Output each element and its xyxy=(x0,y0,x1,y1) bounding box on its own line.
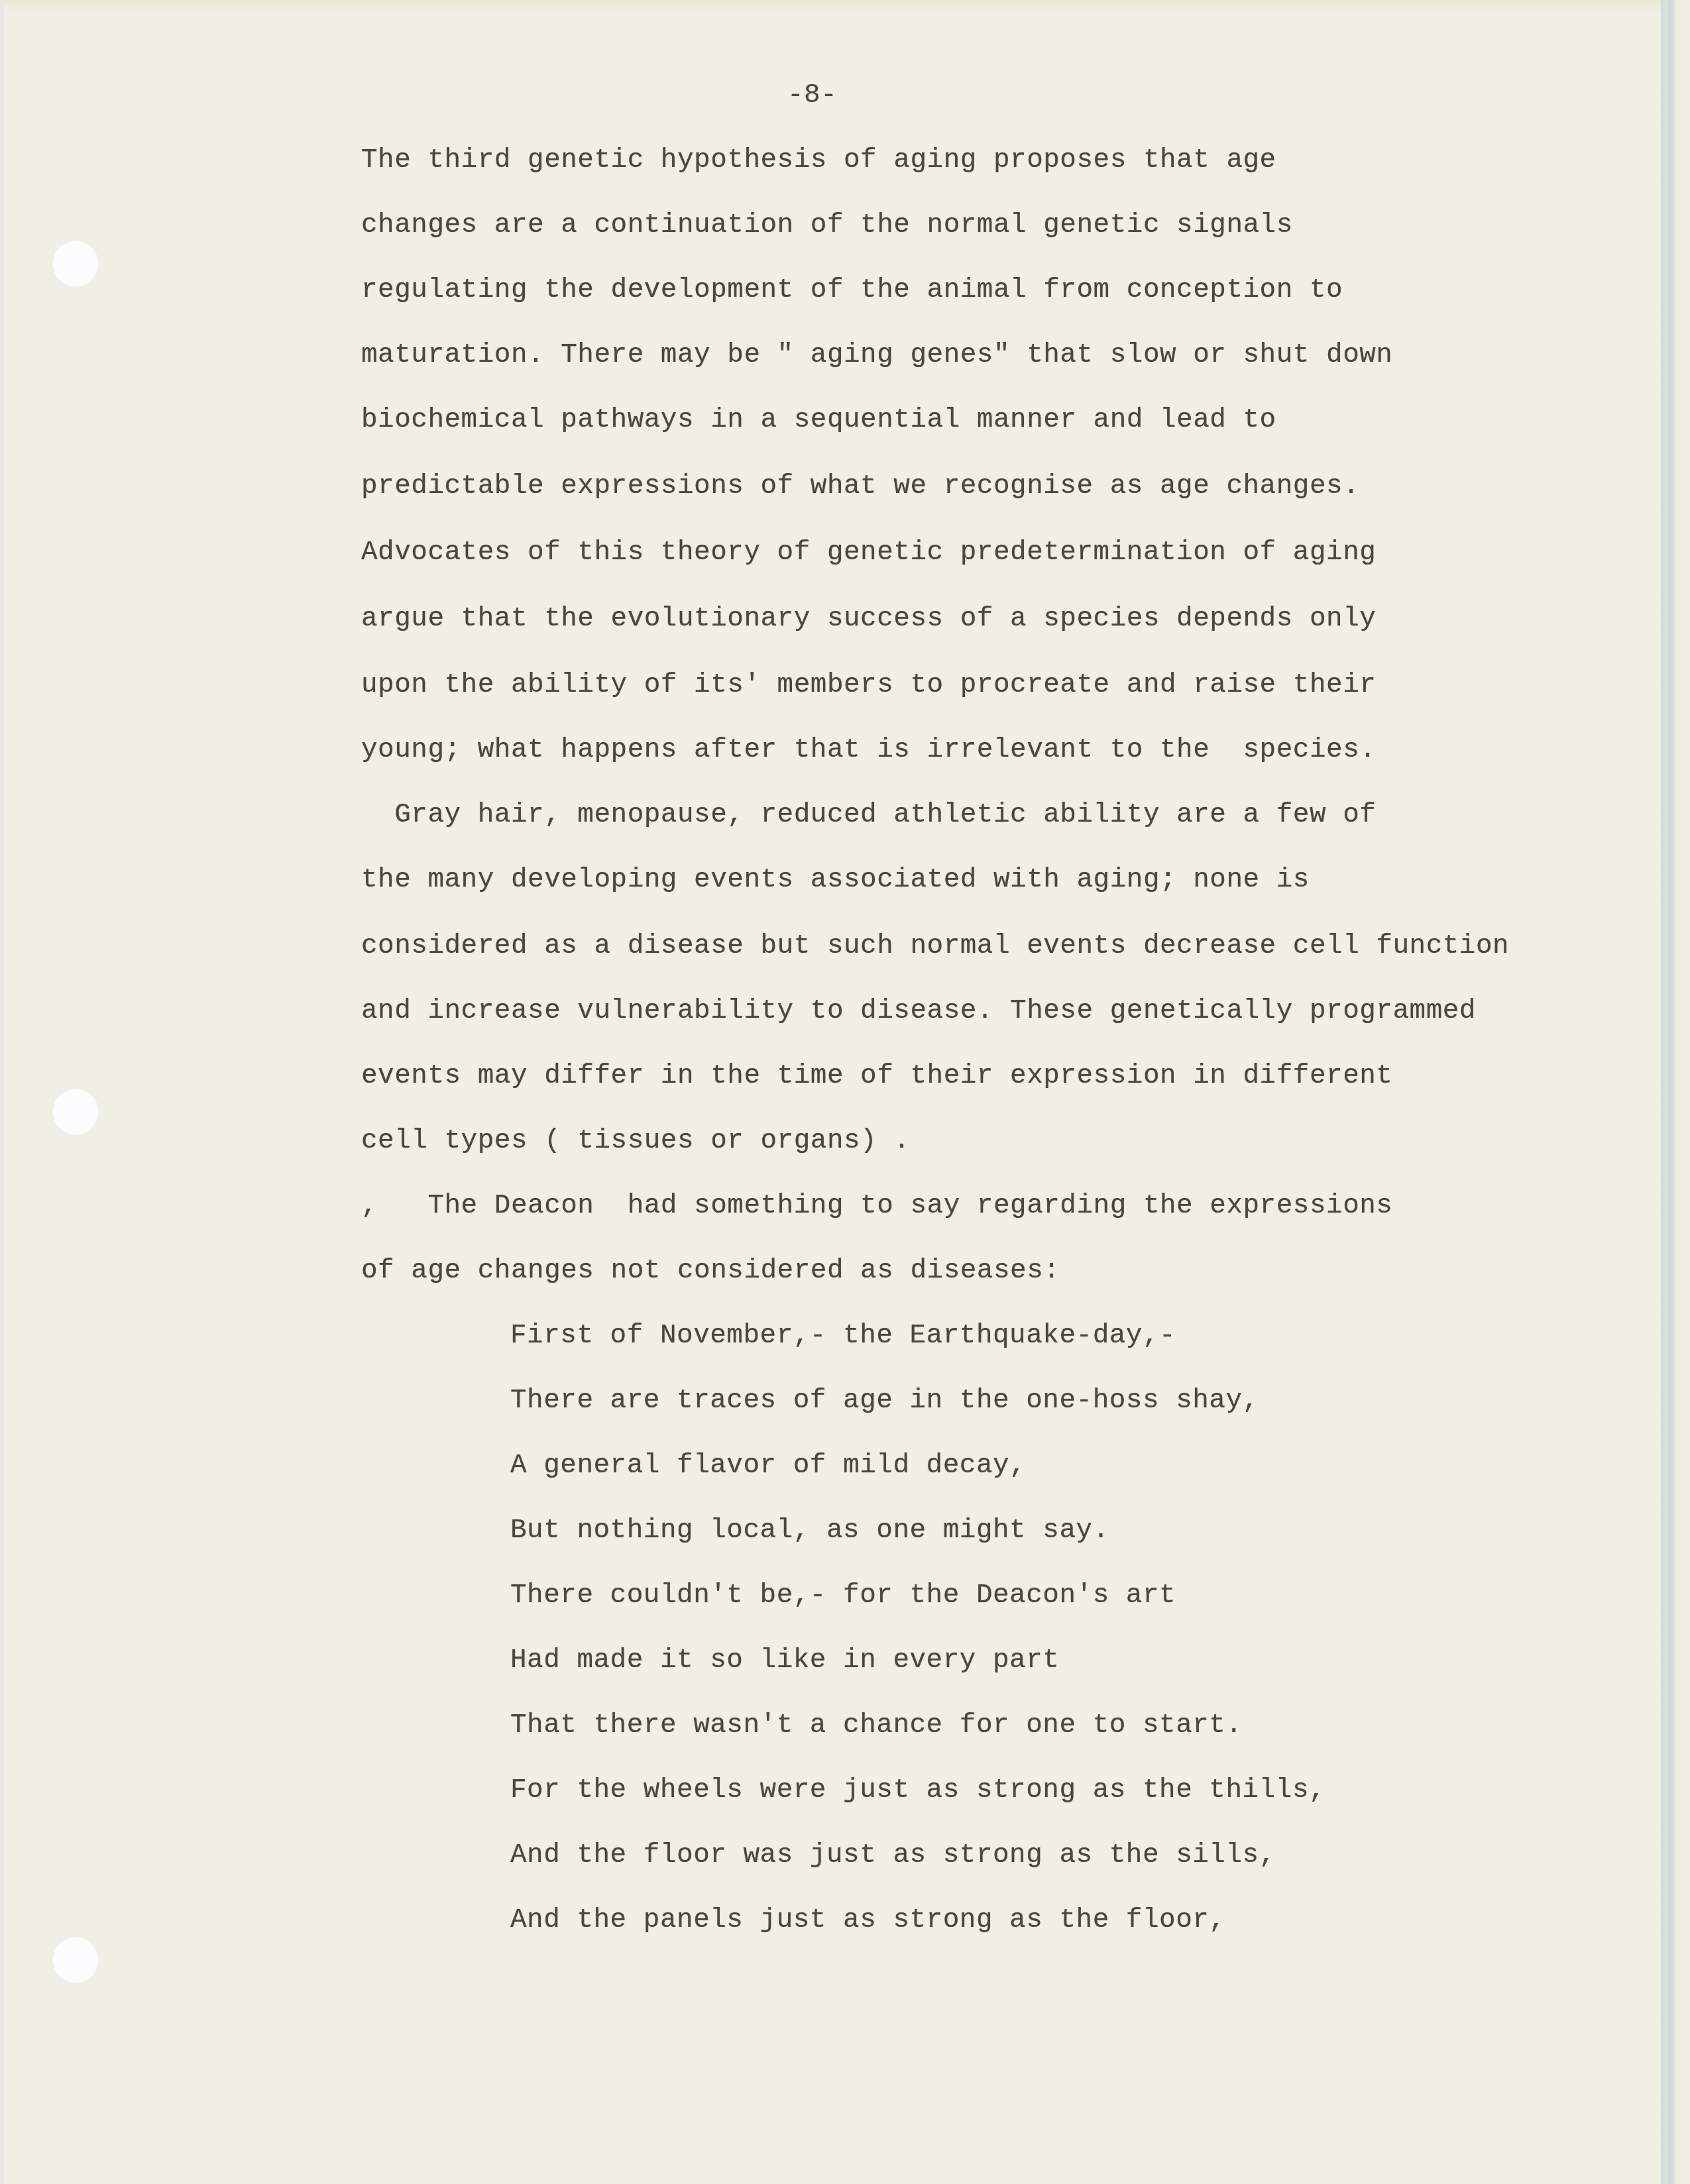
paragraph-2-line: the many developing events associated wi… xyxy=(361,867,1310,894)
verse-line: For the wheels were just as strong as th… xyxy=(510,1777,1325,1804)
paragraph-2-line: cell types ( tissues or organs) . xyxy=(361,1128,910,1155)
verse-line: That there wasn't a chance for one to st… xyxy=(510,1712,1243,1739)
verse-line: A general flavor of mild decay, xyxy=(510,1452,1026,1480)
verse-line: But nothing local, as one might say. xyxy=(510,1517,1109,1545)
verse-line: There couldn't be,- for the Deacon's art xyxy=(510,1582,1176,1610)
punch-hole-middle xyxy=(52,1088,99,1136)
paragraph-2-line: and increase vulnerability to disease. T… xyxy=(361,998,1476,1025)
paragraph-1-line: The third genetic hypothesis of aging pr… xyxy=(361,147,1276,174)
paragraph-1-line: maturation. There may be " aging genes" … xyxy=(361,342,1392,369)
punch-hole-top xyxy=(52,240,99,288)
punch-hole-bottom xyxy=(52,1936,99,1984)
paragraph-1-line: biochemical pathways in a sequential man… xyxy=(361,407,1276,434)
verse-line: And the panels just as strong as the flo… xyxy=(510,1907,1225,1934)
paragraph-1-line: Advocates of this theory of genetic pred… xyxy=(361,539,1376,567)
verse-line: And the floor was just as strong as the … xyxy=(510,1842,1276,1869)
paragraph-2-line: events may differ in the time of their e… xyxy=(361,1063,1392,1090)
paragraph-1-line: upon the ability of its' members to proc… xyxy=(361,672,1376,699)
paragraph-2-line: Gray hair, menopause, reduced athletic a… xyxy=(361,802,1376,829)
paragraph-1-line: young; what happens after that is irrele… xyxy=(361,737,1376,764)
paragraph-1-line: changes are a continuation of the normal… xyxy=(361,212,1293,239)
paragraph-1-line: predictable expressions of what we recog… xyxy=(361,473,1359,500)
verse-line: There are traces of age in the one-hoss … xyxy=(510,1388,1259,1415)
paragraph-1-line: regulating the development of the animal… xyxy=(361,277,1343,304)
typewritten-page: -8- The third genetic hypothesis of agin… xyxy=(0,0,1675,2184)
page-number: -8- xyxy=(787,82,837,109)
paragraph-1-line: argue that the evolutionary success of a… xyxy=(361,606,1376,633)
paragraph-3-line: of age changes not considered as disease… xyxy=(361,1258,1060,1285)
paragraph-3-line: , The Deacon had something to say regard… xyxy=(361,1193,1392,1220)
verse-line: First of November,- the Earthquake-day,- xyxy=(510,1323,1176,1350)
page-left-edge xyxy=(0,0,4,2184)
verse-line: Had made it so like in every part xyxy=(510,1647,1059,1674)
scanner-edge-strip xyxy=(1661,0,1675,2184)
paragraph-2-line: considered as a disease but such normal … xyxy=(361,933,1509,960)
